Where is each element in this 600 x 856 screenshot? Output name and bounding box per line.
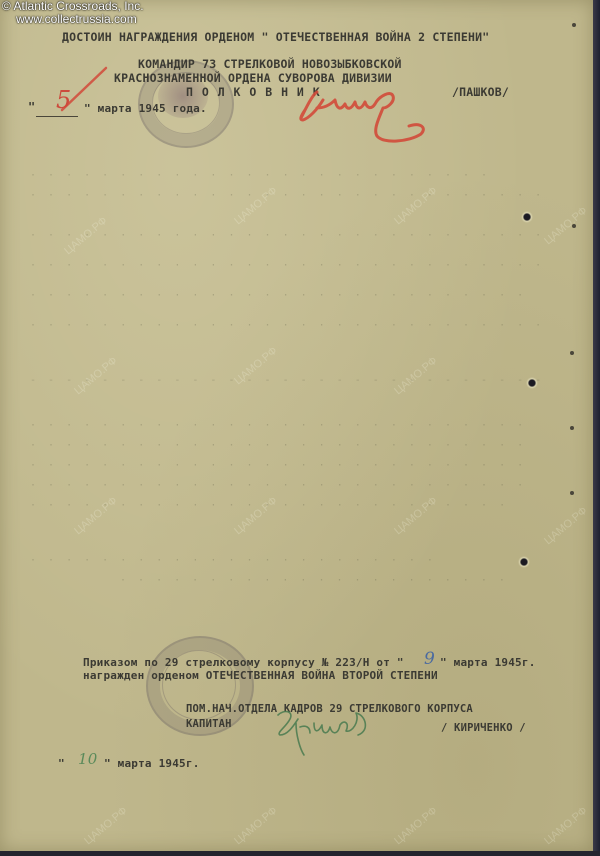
pin-mark [570, 426, 574, 430]
date-month-year: " марта 1945г. [104, 757, 200, 770]
order-month-year: " марта 1945г. [440, 656, 536, 669]
date-correction-stroke [60, 66, 110, 112]
commander-line-2: КРАСНОЗНАМЕННОЙ ОРДЕНА СУВОРОВА ДИВИЗИИ [114, 71, 392, 85]
archive-watermark: ЦАМО.РФ [542, 205, 589, 248]
show-through-text: · · · · · · · · · · · · · · · · · · · · … [30, 420, 526, 431]
pin-mark [570, 491, 574, 495]
scan-border-bottom [0, 851, 600, 856]
archive-watermark: ЦАМО.РФ [232, 805, 279, 848]
pin-mark [572, 224, 576, 228]
archive-watermark: ЦАМО.РФ [542, 505, 589, 548]
order-line-2: награжден орденом ОТЕЧЕСТВЕННАЯ ВОЙНА ВТ… [83, 669, 438, 682]
show-through-text: · · · · · · · · · · · · · · · · · · · · … [30, 460, 526, 471]
copyright-watermark: © Atlantic Crossroads, Inc. www.collectr… [2, 0, 144, 26]
commander-line-1: КОМАНДИР 73 СТРЕЛКОВОЙ НОВОЗЫБКОВСКОЙ [138, 57, 402, 71]
punch-hole [518, 556, 530, 568]
award-recommendation-line: ДОСТОИН НАГРАЖДЕНИЯ ОРДЕНОМ " ОТЕЧЕСТВЕН… [62, 30, 489, 44]
show-through-text: · · · · · · · · · · · · · · · · · · · · … [30, 480, 526, 491]
order-number-text: Приказом по 29 стрелковому корпусу № 223… [83, 656, 404, 669]
archive-watermark: ЦАМО.РФ [82, 805, 129, 848]
show-through-text: · · · · · · · · · · · · · · · · · · · · … [30, 555, 436, 566]
show-through-text: · · · · · · · · · · · · · · · · · · · · … [30, 440, 526, 451]
show-through-text: · · · · · · · · · · · · · · · · · · · · … [30, 290, 526, 301]
commander-name: /ПАШКОВ/ [452, 85, 509, 99]
date-underline [36, 116, 78, 117]
show-through-text: · · · · · · · · · · · · · · · · · · · · … [30, 190, 544, 201]
pin-mark [570, 351, 574, 355]
punch-hole [526, 377, 538, 389]
scan-border-right [593, 0, 600, 856]
date-quote: " [58, 757, 65, 770]
show-through-text: · · · · · · · · · · · · · · · · · · · · … [30, 320, 544, 331]
official-name: / КИРИЧЕНКО / [441, 722, 526, 734]
commander-signature [295, 86, 435, 148]
pin-mark [572, 23, 576, 27]
archive-watermark: ЦАМО.РФ [392, 805, 439, 848]
document-page: © Atlantic Crossroads, Inc. www.collectr… [0, 0, 593, 851]
copyright-line-2: www.collectrussia.com [2, 13, 144, 26]
date-quote: " [28, 100, 35, 114]
punch-hole [521, 211, 533, 223]
date-day-handwritten: 10 [78, 750, 98, 768]
official-signature [270, 705, 380, 760]
show-through-text: · · · · · · · · · · · · · · · · · · · · … [30, 230, 544, 241]
order-day-handwritten: 9 [424, 649, 435, 669]
archive-watermark: ЦАМО.РФ [542, 805, 589, 848]
show-through-text: · · · · · · · · · · · · · · · · · · · · … [120, 575, 508, 586]
show-through-text: · · · · · · · · · · · · · · · · · · · · … [30, 260, 544, 271]
show-through-text: · · · · · · · · · · · · · · · · · · · · … [30, 170, 490, 181]
show-through-text: - - - - - - - - - - - - - - - - - - - - … [30, 375, 544, 386]
official-rank: КАПИТАН [186, 718, 232, 730]
show-through-text: · · · · · · · · · · · · · · · · · · · · … [30, 500, 508, 511]
